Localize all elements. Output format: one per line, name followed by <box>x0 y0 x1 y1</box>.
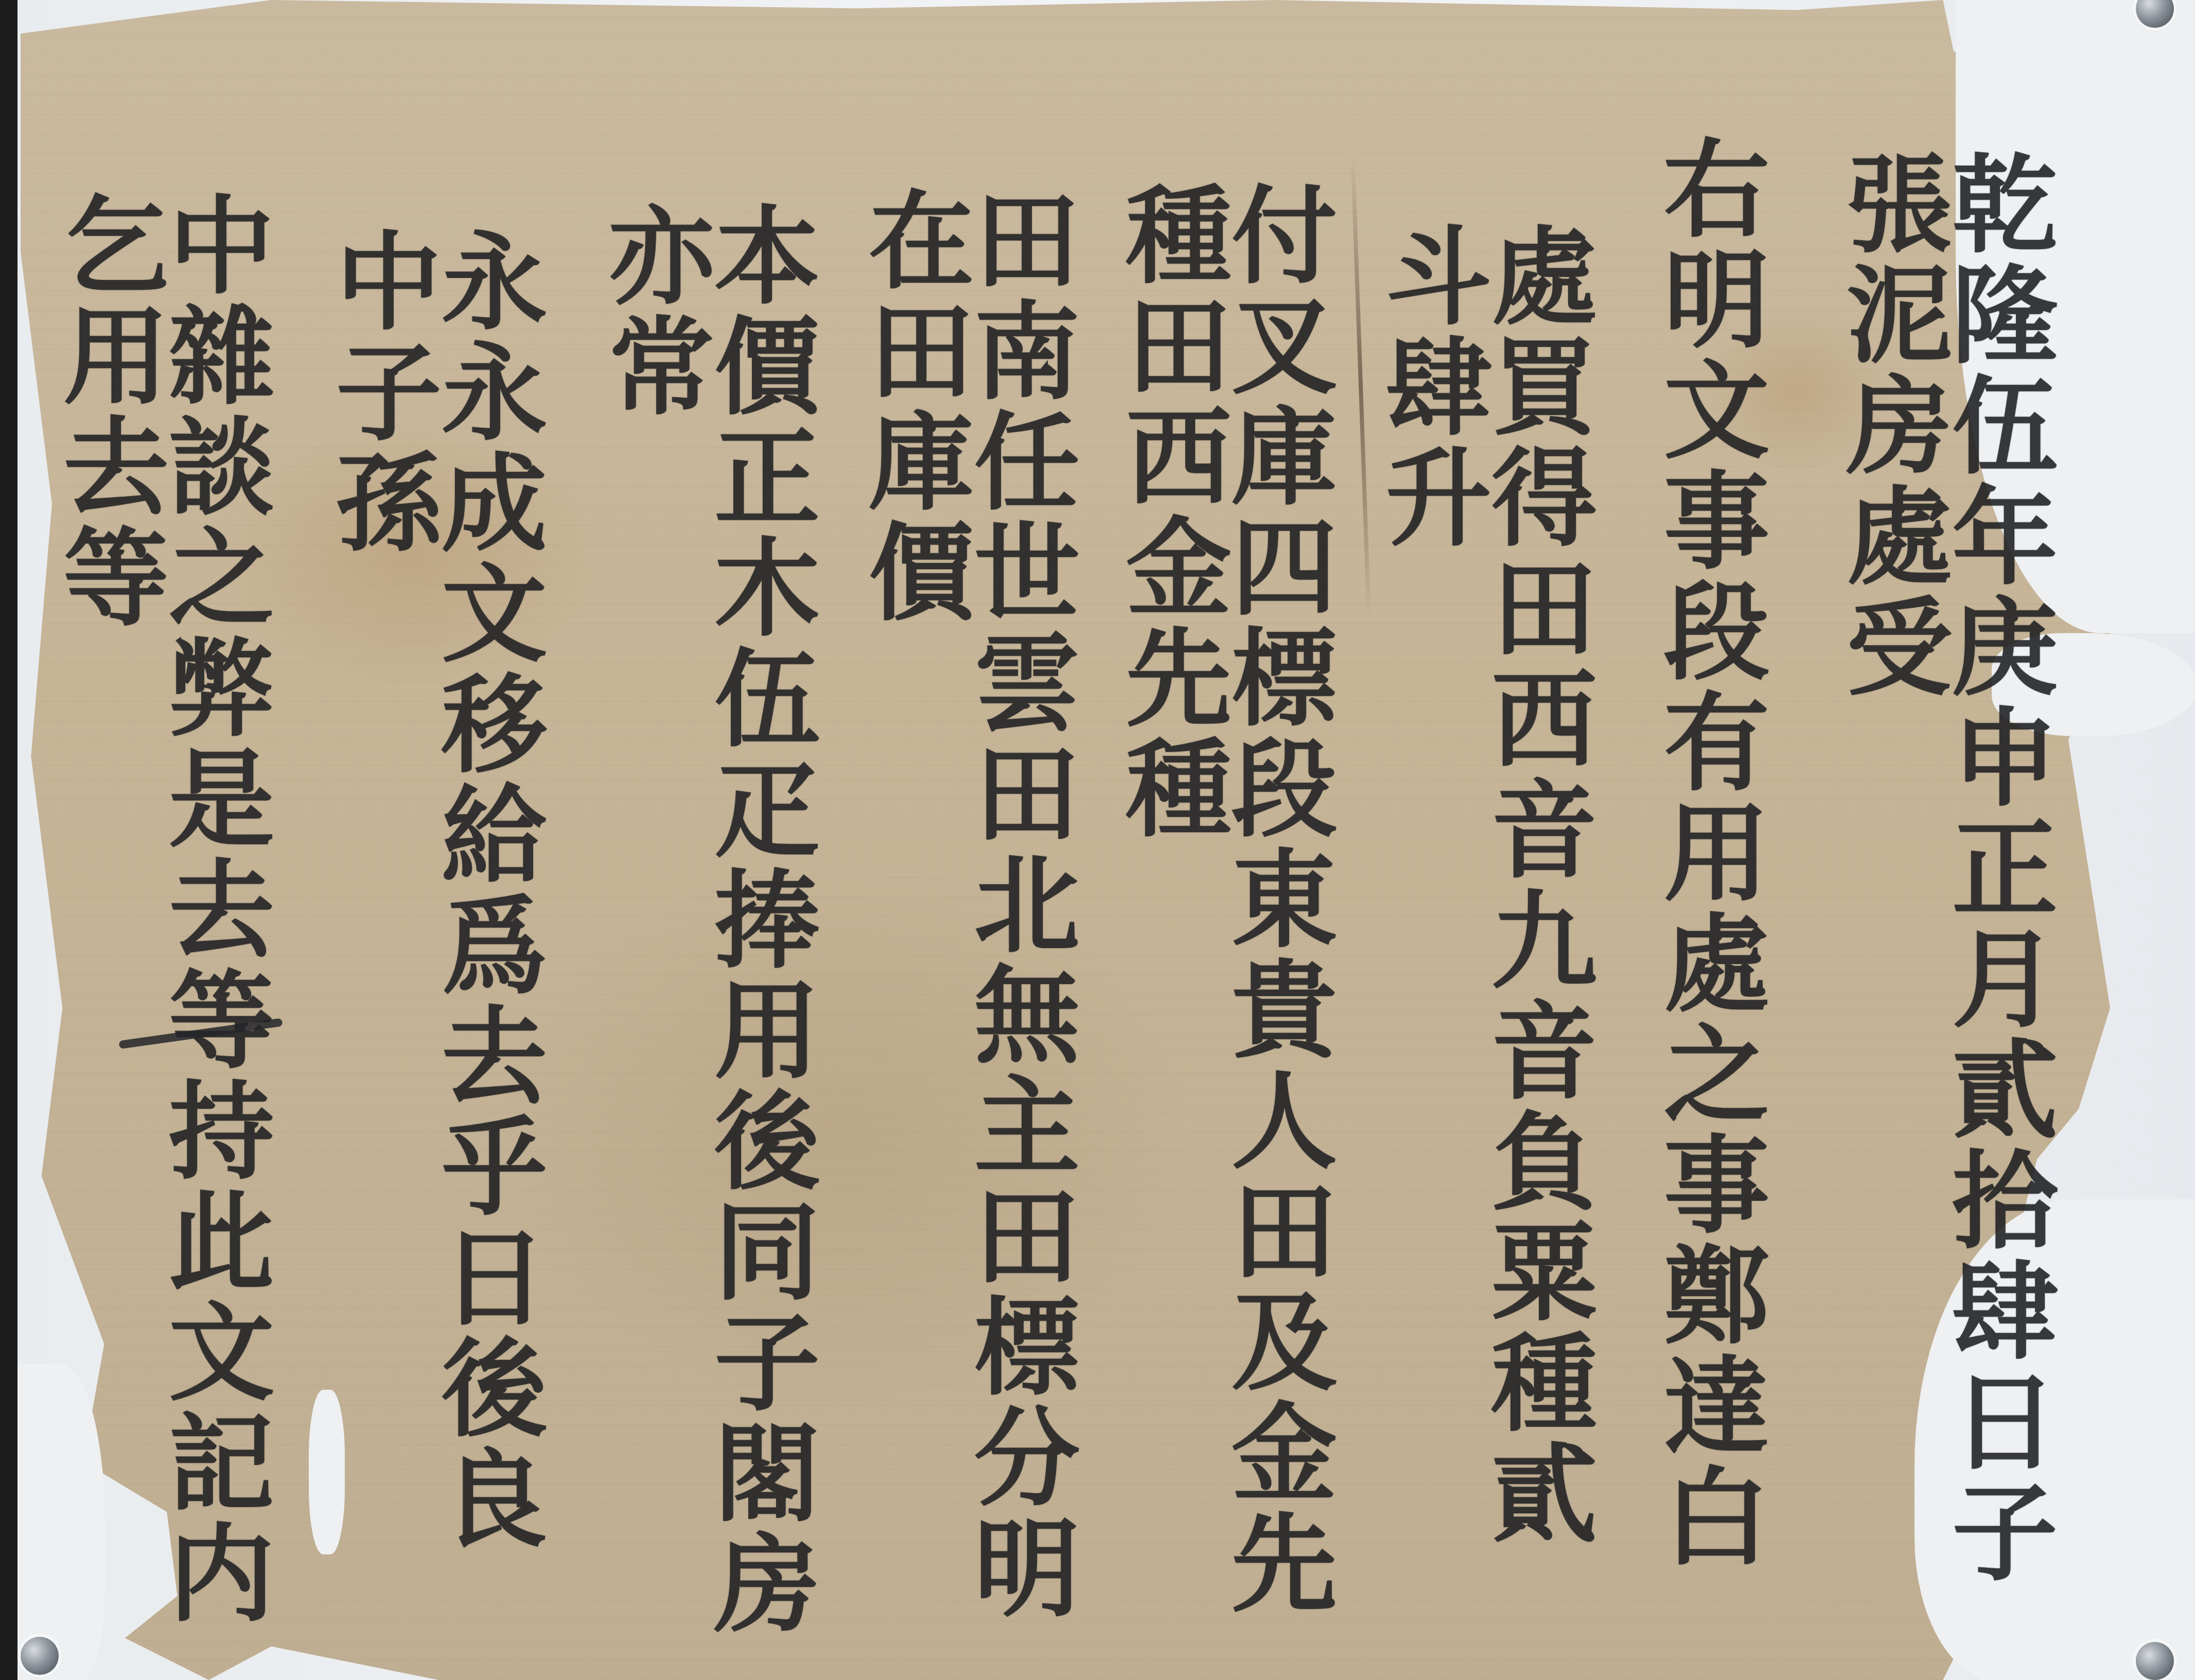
column-2-preamble: 右明文事段有用處之事鄭達白 <box>1655 134 1760 1647</box>
text-columns: 乾隆伍年庚申正月貳拾肆日子張泥房處受 右明文事段有用處之事鄭達白 處買得田西音九… <box>103 129 2048 1647</box>
mounting-pin-bottom-left <box>21 1637 59 1675</box>
column-3-land-location: 處買得田西音九音負粟種貳斗肆升 <box>1377 221 1588 1647</box>
column-7-transfer-clause: 永永成文移給爲去乎日後良中子孫 <box>327 226 538 1647</box>
mounting-pin-bottom-right <box>2136 1642 2174 1680</box>
column-1-date: 乾隆伍年庚申正月貳拾肆日子張泥房處受 <box>1837 149 2048 1647</box>
column-4-boundaries-east-west: 付叉庫四標段東貴人田及金先種田西金先種 <box>1117 180 1328 1647</box>
column-5-boundaries-south-north: 田南任世雲田北無主田標分明在田庫價 <box>859 185 1070 1647</box>
column-8-dispute-clause: 中雜談之弊是去等持此文記内乞用去等 <box>54 190 265 1647</box>
column-6-price: 本價正木伍疋捧用後同子閣房亦常 <box>600 201 811 1647</box>
